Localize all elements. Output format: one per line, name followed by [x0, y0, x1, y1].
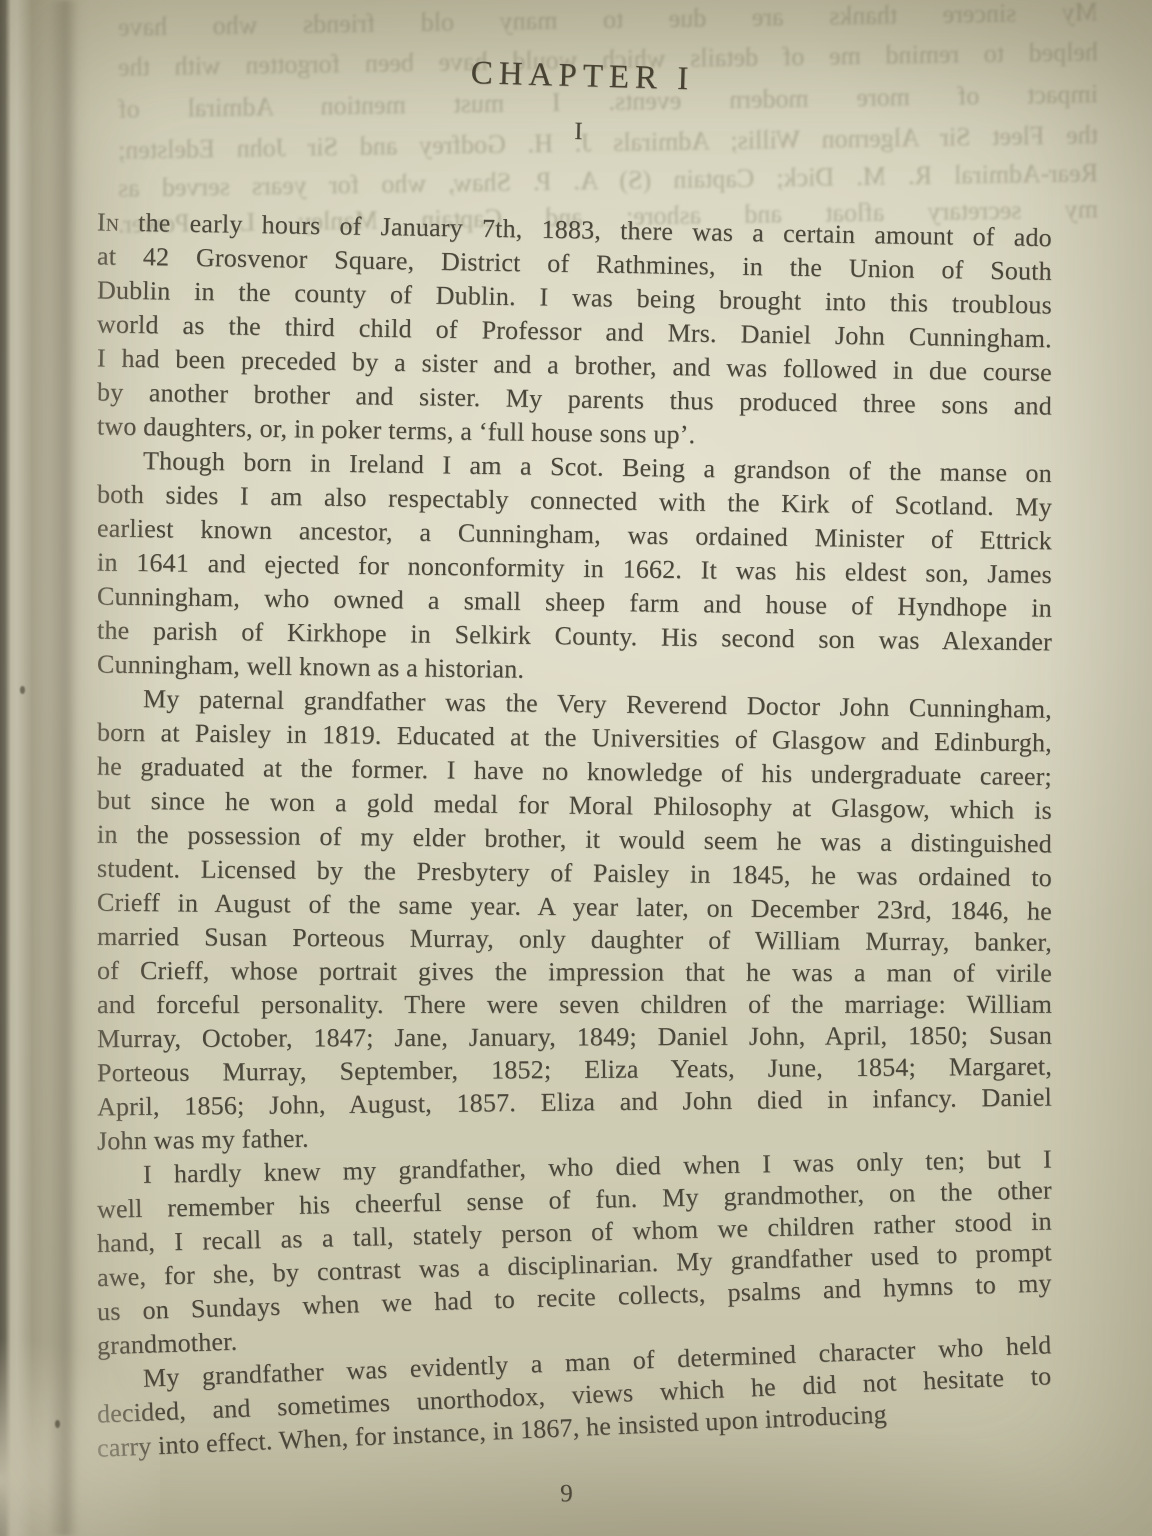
text-line: and forceful personality. There were sev… — [97, 988, 1052, 1022]
chapter-header: CHAPTER I I — [97, 58, 1052, 146]
smallcaps-lead: In — [97, 207, 120, 236]
text-line: of Crieff, whose portrait gives the impr… — [97, 954, 1052, 991]
book-page-photo: My sincere thanks are due to many old fr… — [0, 0, 1152, 1536]
text-column: In the early hours of January 7th, 1883,… — [97, 206, 1052, 1464]
